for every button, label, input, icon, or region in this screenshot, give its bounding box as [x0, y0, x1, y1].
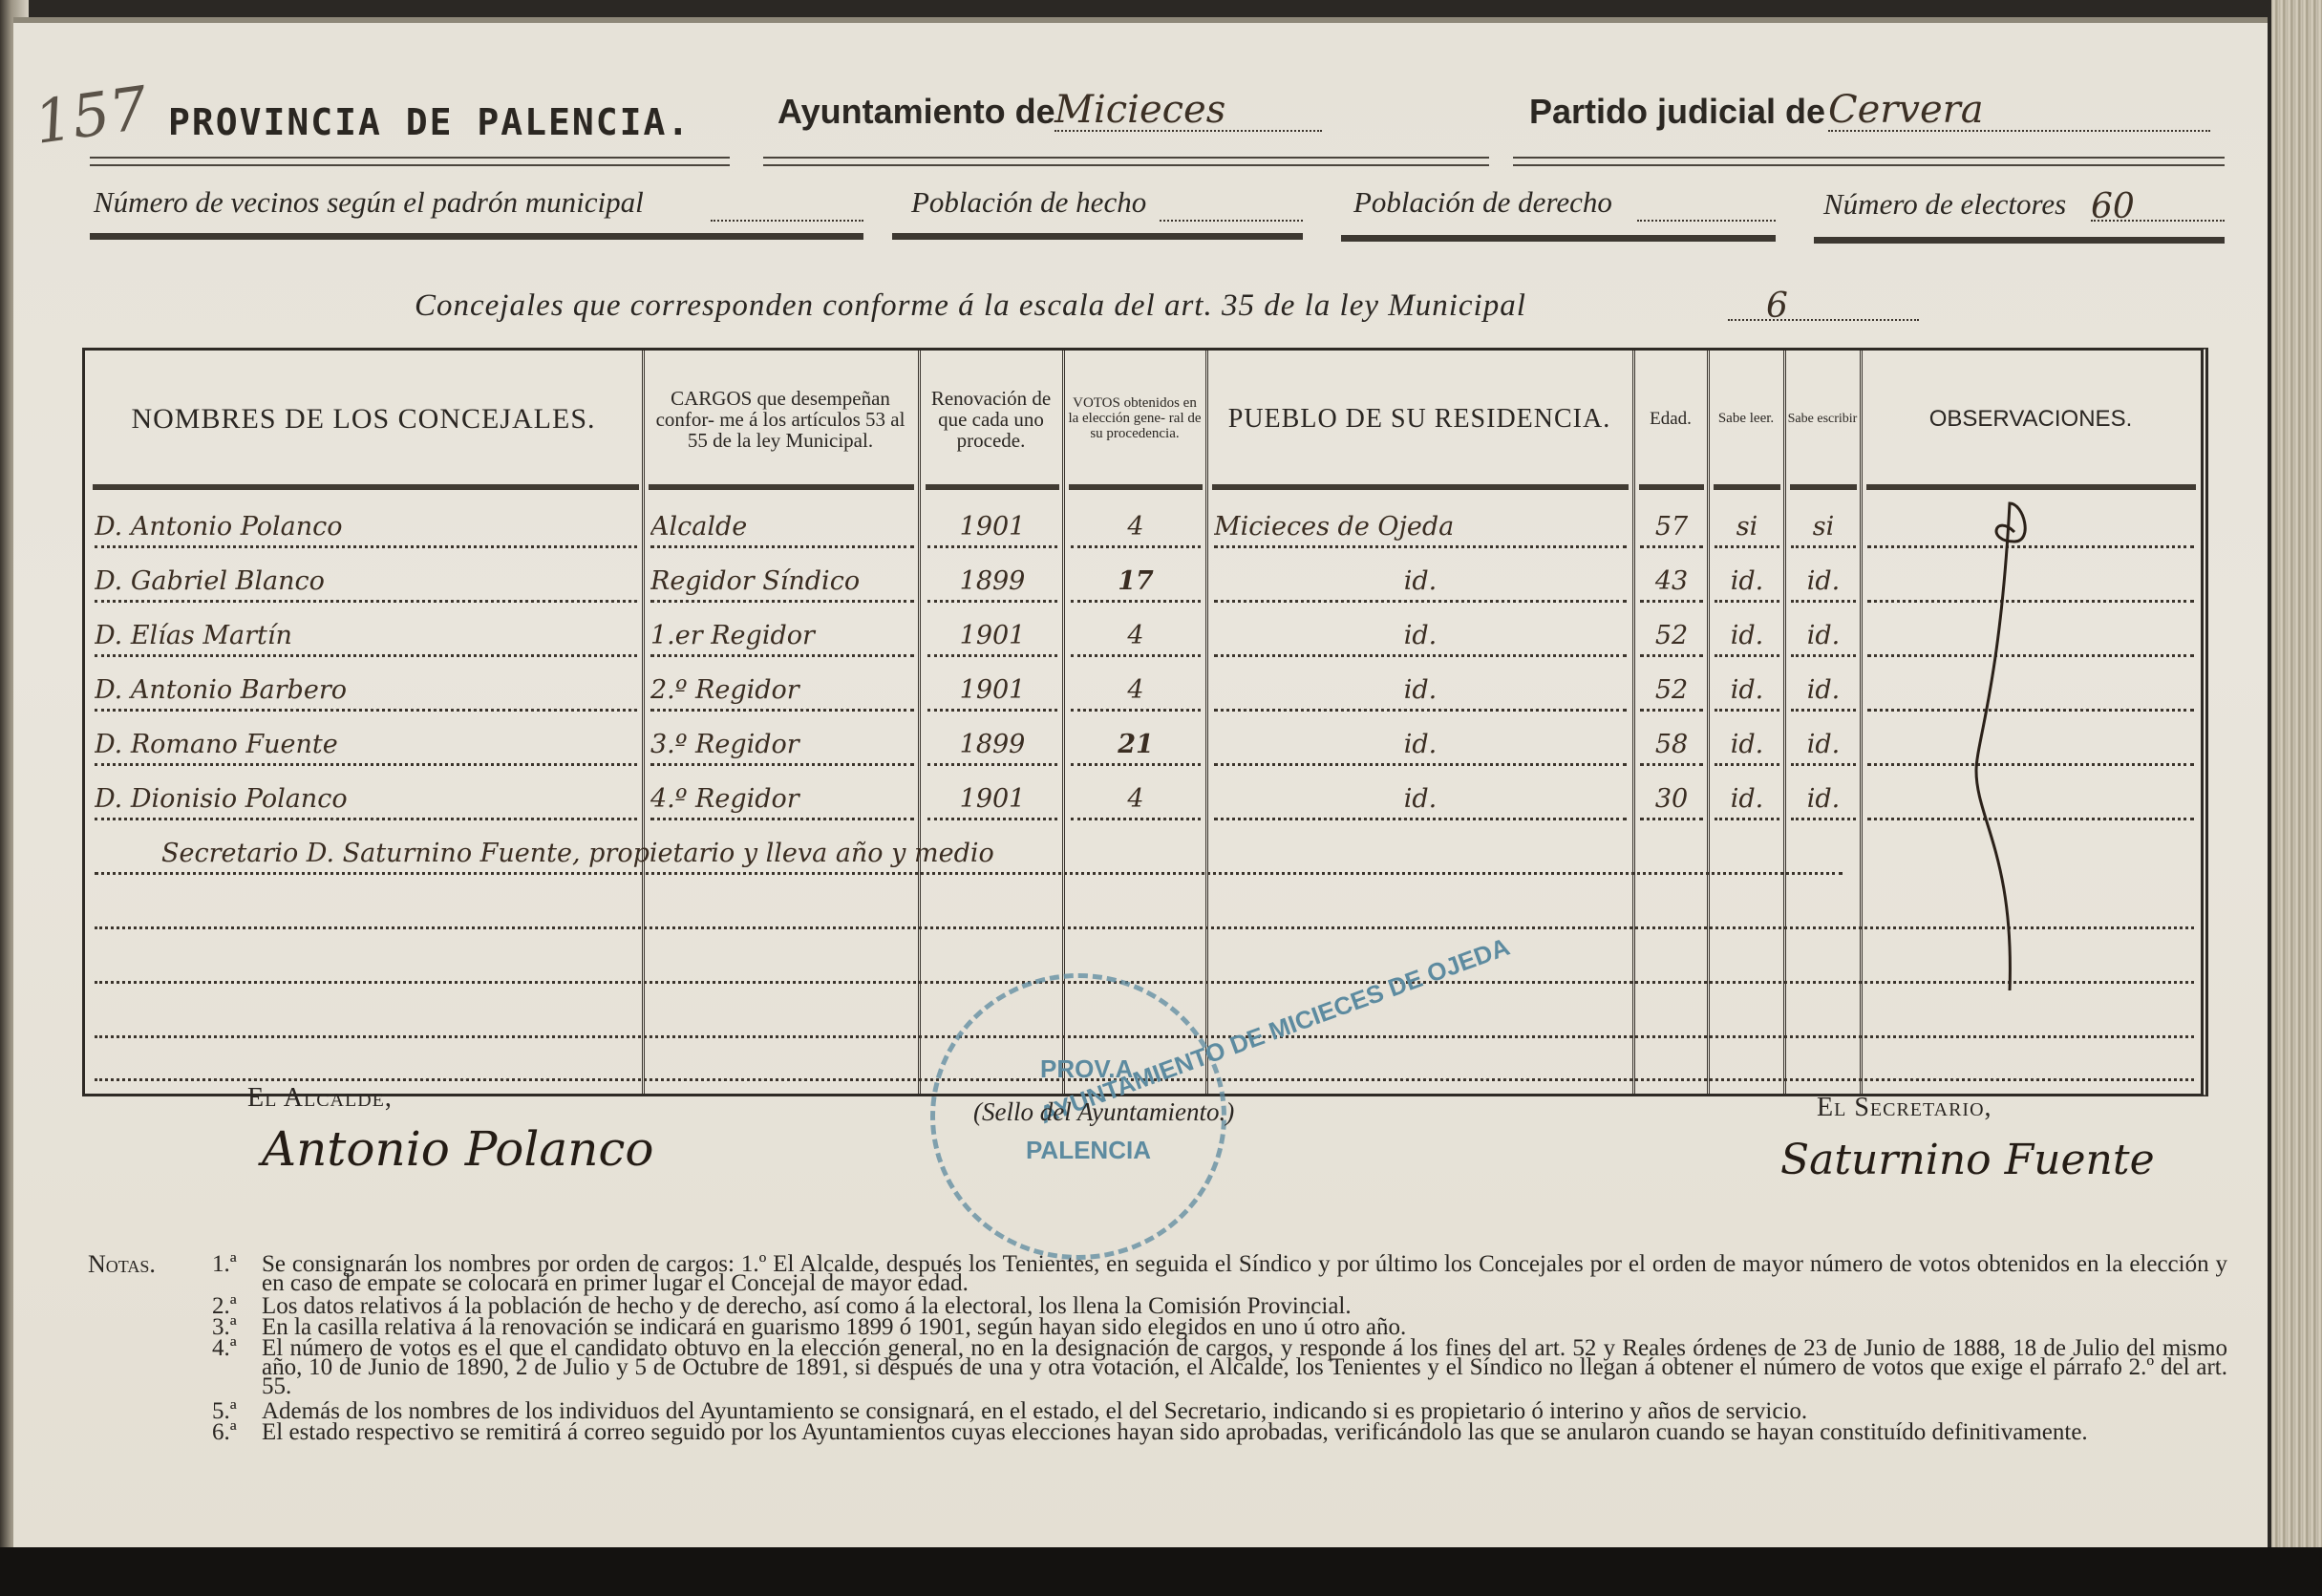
note-text: Además de los nombres de los individuos …: [262, 1402, 2227, 1421]
cell-pueblo: id.: [1214, 766, 1627, 820]
cell-pueblo: id.: [1214, 603, 1627, 657]
cell-cargo: 4.º Regidor: [650, 766, 914, 820]
header-pueblo: PUEBLO DE SU RESIDENCIA.: [1209, 358, 1630, 480]
cell-nombre: D. Elías Martín: [95, 603, 637, 657]
concejales-value: 6: [1728, 287, 1919, 321]
cell-pueblo: Micieces de Ojeda: [1214, 494, 1627, 548]
document-page: 157 PROVINCIA DE PALENCIA. Ayuntamiento …: [13, 17, 2268, 1551]
header-cargos: CARGOS que desempeñan confor- me á los a…: [646, 358, 915, 480]
cell-pueblo: id.: [1214, 657, 1627, 712]
table-row: D. Antonio Barbero 2.º Regidor 1901 4 id…: [85, 657, 2201, 712]
empty-cell: [95, 929, 2194, 984]
alcalde-label: El Alcalde,: [247, 1083, 393, 1114]
cell-nombre: D. Antonio Polanco: [95, 494, 637, 548]
divider: [1341, 235, 1776, 242]
cell-pueblo: id.: [1214, 712, 1627, 766]
cell-leer: si: [1715, 494, 1779, 548]
vecinos-label: Número de vecinos según el padrón munici…: [94, 185, 644, 220]
electores-label: Número de electores: [1823, 187, 2066, 222]
cell-edad: 30: [1640, 766, 1703, 820]
note-number: 3.ª: [212, 1318, 237, 1337]
cell-leer: id.: [1715, 603, 1779, 657]
divider: [1513, 157, 2225, 166]
table-row: D. Romano Fuente 3.º Regidor 1899 21 id.…: [85, 712, 2201, 766]
cell-cargo: Regidor Síndico: [650, 548, 914, 603]
concejales-table: NOMBRES DE LOS CONCEJALES. CARGOS que de…: [82, 348, 2208, 1096]
poblacion-derecho-label: Población de derecho: [1353, 185, 1612, 220]
note-number: 1.ª: [212, 1255, 237, 1274]
secretario-label: El Secretario,: [1817, 1093, 1992, 1123]
cell-renovacion: 1901: [927, 603, 1057, 657]
cell-votos: 21: [1071, 712, 1201, 766]
secretario-signature: Saturnino Fuente: [1780, 1136, 2155, 1184]
header-rule: [1866, 484, 2196, 490]
partido-value: Cervera: [1828, 88, 2210, 132]
divider: [1814, 237, 2225, 244]
table-row: D. Gabriel Blanco Regidor Síndico 1899 1…: [85, 548, 2201, 603]
cell-escribir: id.: [1791, 603, 1856, 657]
header-rule: [93, 484, 639, 490]
cell-leer: id.: [1715, 712, 1779, 766]
cell-nombre: D. Dionisio Polanco: [95, 766, 637, 820]
cell-leer: id.: [1715, 548, 1779, 603]
divider: [90, 233, 863, 240]
note-number: 2.ª: [212, 1297, 237, 1316]
cell-renovacion: 1901: [927, 494, 1057, 548]
folio-number: 157: [30, 73, 151, 158]
header-sabe-escribir: Sabe escribir: [1787, 358, 1858, 480]
note-text: Los datos relativos á la población de he…: [262, 1297, 2227, 1316]
note-text: El número de votos es el que el candidat…: [262, 1339, 2227, 1396]
partido-label: Partido judicial de: [1529, 92, 1825, 132]
cell-leer: id.: [1715, 766, 1779, 820]
cell-renovacion: 1899: [927, 548, 1057, 603]
header-sabe-leer: Sabe leer.: [1711, 358, 1781, 480]
note-number: 6.ª: [212, 1423, 237, 1442]
note-text: El estado respectivo se remitirá á corre…: [262, 1423, 2227, 1442]
cell-edad: 57: [1640, 494, 1703, 548]
cell-renovacion: 1899: [927, 712, 1057, 766]
poblacion-derecho-value: [1637, 193, 1776, 222]
header-rule: [1639, 484, 1704, 490]
sello-label: (Sello del Ayuntamiento.): [973, 1097, 1234, 1127]
electores-value: 60: [2091, 187, 2225, 222]
header-renovacion: Renovación de que cada uno procede.: [922, 358, 1060, 480]
cell-escribir: id.: [1791, 548, 1856, 603]
cell-escribir: id.: [1791, 712, 1856, 766]
cell-votos: 17: [1071, 548, 1201, 603]
header-observaciones: OBSERVACIONES.: [1864, 358, 2198, 480]
notes-heading: Notas.: [88, 1255, 156, 1274]
empty-row: [85, 875, 2201, 929]
cell-cargo: 1.er Regidor: [650, 603, 914, 657]
cell-cargo: 3.º Regidor: [650, 712, 914, 766]
header-votos: VOTOS obtenidos en la elección gene- ral…: [1066, 358, 1204, 480]
vecinos-value: [711, 193, 863, 222]
note-number: 4.ª: [212, 1339, 237, 1358]
divider: [90, 157, 730, 166]
header-rule: [1212, 484, 1629, 490]
cell-leer: id.: [1715, 657, 1779, 712]
seal-text-bottom: PALENCIA: [1026, 1136, 1151, 1165]
empty-row: [85, 929, 2201, 984]
ayuntamiento-label: Ayuntamiento de: [778, 92, 1055, 132]
header-rule: [926, 484, 1059, 490]
cell-renovacion: 1901: [927, 766, 1057, 820]
cell-votos: 4: [1071, 603, 1201, 657]
cell-escribir: si: [1791, 494, 1856, 548]
cell-escribir: id.: [1791, 657, 1856, 712]
table-row: D. Elías Martín 1.er Regidor 1901 4 id. …: [85, 603, 2201, 657]
table-row: D. Dionisio Polanco 4.º Regidor 1901 4 i…: [85, 766, 2201, 820]
header-edad: Edad.: [1636, 358, 1705, 480]
cell-edad: 52: [1640, 657, 1703, 712]
header-rule: [1069, 484, 1203, 490]
secretary-row: Secretario D. Saturnino Fuente, propieta…: [85, 820, 2201, 875]
ayuntamiento-value: Micieces: [1054, 88, 1322, 132]
cell-edad: 58: [1640, 712, 1703, 766]
cell-escribir: id.: [1791, 766, 1856, 820]
cell-renovacion: 1901: [927, 657, 1057, 712]
poblacion-hecho-label: Población de hecho: [911, 185, 1146, 220]
note-text: En la casilla relativa á la renovación s…: [262, 1318, 2227, 1337]
cell-votos: 4: [1071, 657, 1201, 712]
alcalde-signature: Antonio Polanco: [262, 1121, 654, 1177]
note-text: Se consignarán los nombres por orden de …: [262, 1255, 2227, 1293]
divider: [763, 157, 1489, 166]
divider: [892, 233, 1303, 240]
seal-text-mid: PROV.A: [1040, 1054, 1133, 1084]
poblacion-hecho-value: [1160, 193, 1303, 222]
page-edges: [2271, 0, 2322, 1596]
cell-nombre: D. Antonio Barbero: [95, 657, 637, 712]
cell-votos: 4: [1071, 494, 1201, 548]
brace-mark: [1957, 494, 2072, 1086]
cell-nombre: D. Gabriel Blanco: [95, 548, 637, 603]
page-bottom-edge: [0, 1547, 2322, 1596]
cell-nombre: D. Romano Fuente: [95, 712, 637, 766]
concejales-label: Concejales que corresponden conforme á l…: [415, 288, 1526, 324]
header-rule: [1714, 484, 1780, 490]
cell-pueblo: id.: [1214, 548, 1627, 603]
header-rule: [1790, 484, 1857, 490]
secretary-note: Secretario D. Saturnino Fuente, propieta…: [95, 820, 1843, 875]
note-number: 5.ª: [212, 1402, 237, 1421]
cell-edad: 52: [1640, 603, 1703, 657]
header-rule: [649, 484, 914, 490]
cell-cargo: 2.º Regidor: [650, 657, 914, 712]
province-title: PROVINCIA DE PALENCIA.: [168, 101, 691, 143]
header-nombres: NOMBRES DE LOS CONCEJALES.: [85, 358, 642, 480]
cell-votos: 4: [1071, 766, 1201, 820]
cell-edad: 43: [1640, 548, 1703, 603]
cell-cargo: Alcalde: [650, 494, 914, 548]
table-row: D. Antonio Polanco Alcalde 1901 4 Miciec…: [85, 494, 2201, 548]
empty-cell: [95, 875, 2194, 929]
